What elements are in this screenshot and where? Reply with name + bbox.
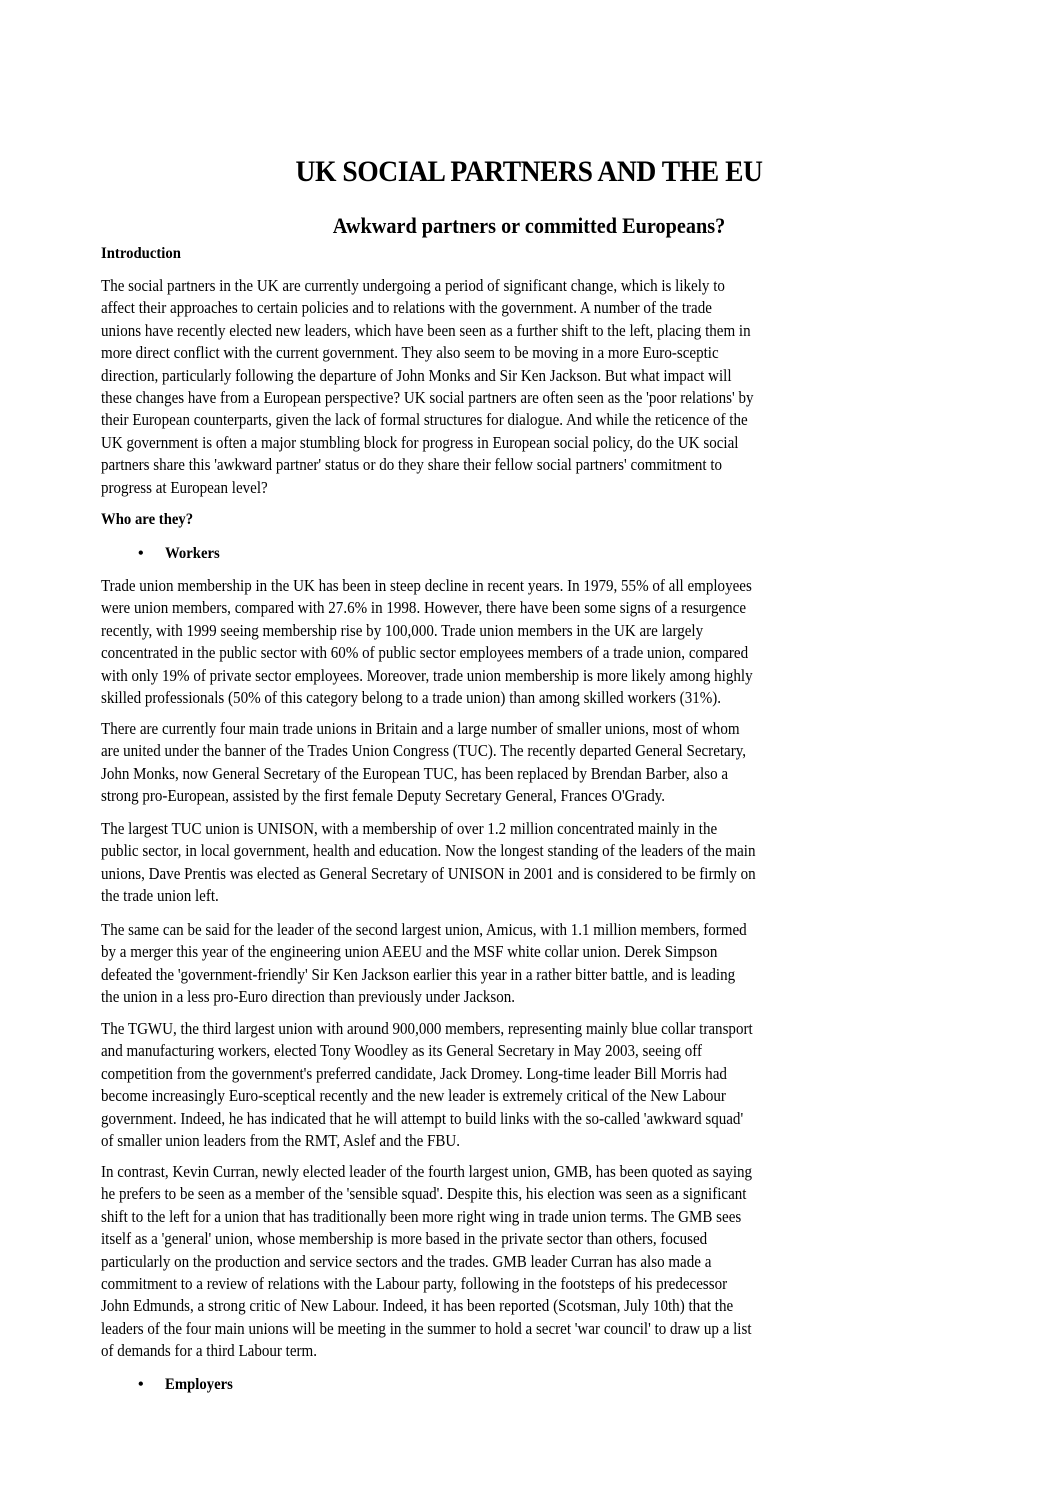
- text-line: progress at European level?: [101, 477, 871, 499]
- text-line: the trade union left.: [101, 885, 871, 907]
- text-line: of demands for a third Labour term.: [101, 1340, 871, 1362]
- text-line: strong pro-European, assisted by the fir…: [101, 785, 871, 807]
- text-line: leaders of the four main unions will be …: [101, 1318, 871, 1340]
- text-line: government. Indeed, he has indicated tha…: [101, 1108, 871, 1130]
- text-line: skilled professionals (50% of this categ…: [101, 687, 871, 709]
- text-line: unions have recently elected new leaders…: [101, 320, 871, 342]
- text-line: The largest TUC union is UNISON, with a …: [101, 818, 871, 840]
- paragraph-gmb: In contrast, Kevin Curran, newly elected…: [101, 1161, 971, 1363]
- text-line: of smaller union leaders from the RMT, A…: [101, 1130, 871, 1152]
- paragraph-amicus: The same can be said for the leader of t…: [101, 919, 971, 1009]
- text-line: were union members, compared with 27.6% …: [101, 597, 871, 619]
- text-line: The social partners in the UK are curren…: [101, 275, 871, 297]
- text-line: particularly on the production and servi…: [101, 1251, 871, 1273]
- text-line: commitment to a review of relations with…: [101, 1273, 871, 1295]
- text-line: their European counterparts, given the l…: [101, 409, 871, 431]
- text-line: recently, with 1999 seeing membership ri…: [101, 620, 871, 642]
- text-line: There are currently four main trade unio…: [101, 718, 871, 740]
- text-line: In contrast, Kevin Curran, newly elected…: [101, 1161, 871, 1183]
- text-line: direction, particularly following the de…: [101, 365, 871, 387]
- paragraph-introduction: The social partners in the UK are curren…: [101, 275, 971, 499]
- paragraph-tuc: There are currently four main trade unio…: [101, 718, 971, 808]
- text-line: The same can be said for the leader of t…: [101, 919, 871, 941]
- text-line: the union in a less pro-Euro direction t…: [101, 986, 871, 1008]
- text-line: and manufacturing workers, elected Tony …: [101, 1040, 871, 1062]
- text-line: itself as a 'general' union, whose membe…: [101, 1228, 871, 1250]
- text-line: partners share this 'awkward partner' st…: [101, 454, 871, 476]
- text-line: defeated the 'government-friendly' Sir K…: [101, 964, 871, 986]
- bullet-icon: •: [138, 544, 144, 564]
- bullet-employers: Employers: [165, 1375, 233, 1395]
- paragraph-membership: Trade union membership in the UK has bee…: [101, 575, 971, 709]
- text-line: UK government is often a major stumbling…: [101, 432, 871, 454]
- paragraph-tgwu: The TGWU, the third largest union with a…: [101, 1018, 971, 1152]
- bullet-icon: •: [138, 1375, 144, 1395]
- text-line: public sector, in local government, heal…: [101, 840, 871, 862]
- text-line: John Monks, now General Secretary of the…: [101, 763, 871, 785]
- text-line: become increasingly Euro-sceptical recen…: [101, 1085, 871, 1107]
- text-line: The TGWU, the third largest union with a…: [101, 1018, 871, 1040]
- text-line: John Edmunds, a strong critic of New Lab…: [101, 1295, 871, 1317]
- text-line: he prefers to be seen as a member of the…: [101, 1183, 871, 1205]
- text-line: are united under the banner of the Trade…: [101, 740, 871, 762]
- text-line: Trade union membership in the UK has bee…: [101, 575, 871, 597]
- text-line: shift to the left for a union that has t…: [101, 1206, 871, 1228]
- text-line: more direct conflict with the current go…: [101, 342, 871, 364]
- bullet-workers: Workers: [165, 544, 220, 564]
- text-line: with only 19% of private sector employee…: [101, 665, 871, 687]
- paragraph-unison: The largest TUC union is UNISON, with a …: [101, 818, 971, 908]
- text-line: unions, Dave Prentis was elected as Gene…: [101, 863, 871, 885]
- heading-introduction: Introduction: [101, 244, 181, 264]
- heading-who-are-they: Who are they?: [101, 510, 193, 530]
- text-line: affect their approaches to certain polic…: [101, 297, 871, 319]
- text-line: by a merger this year of the engineering…: [101, 941, 871, 963]
- text-line: concentrated in the public sector with 6…: [101, 642, 871, 664]
- text-line: competition from the government's prefer…: [101, 1063, 871, 1085]
- document-subtitle: Awkward partners or committed Europeans?: [42, 212, 1015, 240]
- document-title: UK SOCIAL PARTNERS AND THE EU: [42, 154, 1015, 190]
- text-line: these changes have from a European persp…: [101, 387, 871, 409]
- document-page: UK SOCIAL PARTNERS AND THE EU Awkward pa…: [0, 0, 1058, 1497]
